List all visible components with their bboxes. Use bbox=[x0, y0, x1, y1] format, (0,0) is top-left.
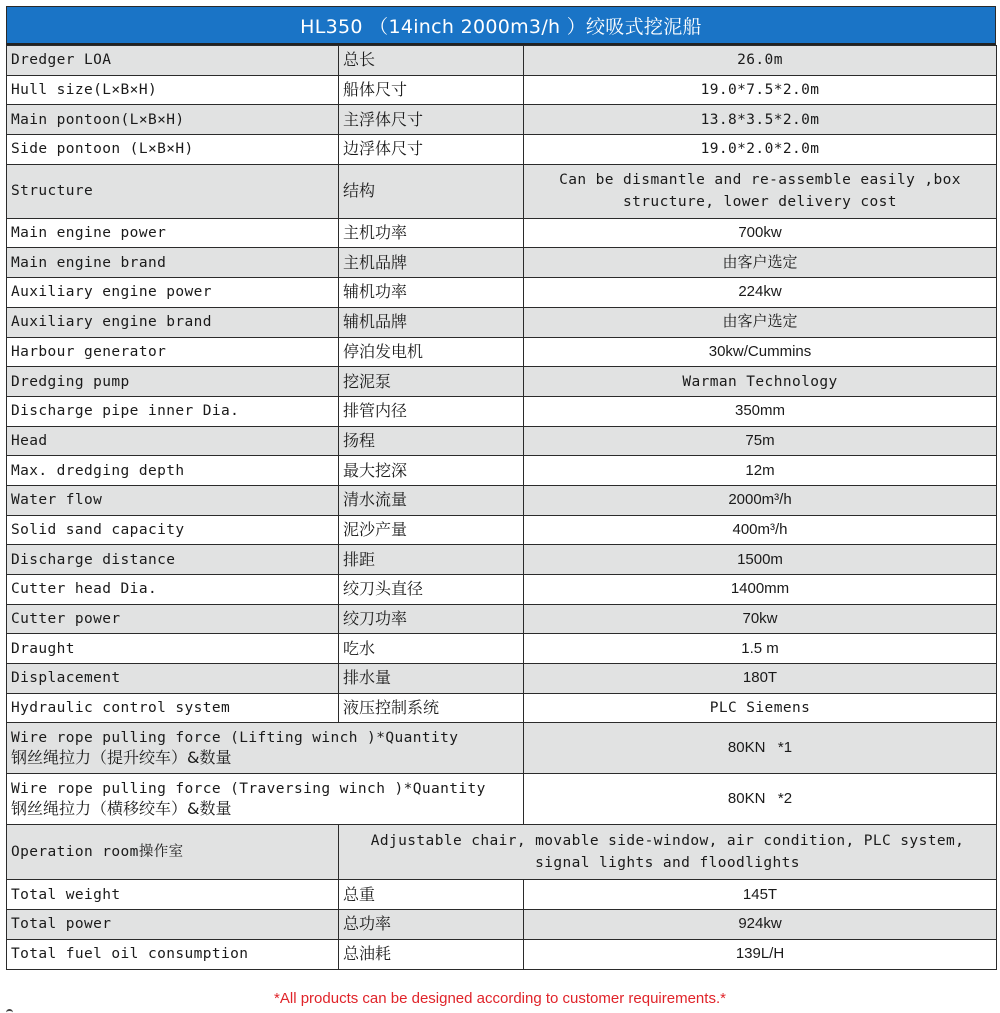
table-row: Main pontoon(L×B×H) 主浮体尺寸 13.8*3.5*2.0m bbox=[7, 105, 997, 135]
table-row: Wire rope pulling force (Lifting winch )… bbox=[7, 723, 997, 774]
table-row: Hull size(L×B×H) 船体尺寸 19.0*7.5*2.0m bbox=[7, 75, 997, 105]
spec-label-cn: 钢丝绳拉力（横移绞车）&数量 bbox=[11, 799, 519, 819]
spec-value: PLC Siemens bbox=[524, 693, 997, 723]
spec-label-cn: 钢丝绳拉力（提升绞车）&数量 bbox=[11, 748, 519, 768]
table-row: Harbour generator 停泊发电机 30kw/Cummins bbox=[7, 337, 997, 367]
table-row: Total weight 总重 145T bbox=[7, 880, 997, 910]
spec-label-cn: 排水量 bbox=[339, 664, 524, 694]
spec-value: 700kw bbox=[524, 218, 997, 248]
table-row: Water flow 清水流量 2000m³/h bbox=[7, 485, 997, 515]
table-row: Total fuel oil consumption 总油耗 139L/H bbox=[7, 939, 997, 969]
spec-label-en: Structure bbox=[7, 164, 339, 218]
spec-label-cn: 绞刀头直径 bbox=[339, 575, 524, 605]
table-row: Hydraulic control system 液压控制系统 PLC Siem… bbox=[7, 693, 997, 723]
spec-value: Warman Technology bbox=[524, 367, 997, 397]
table-row: Operation room操作室 Adjustable chair, mova… bbox=[7, 825, 997, 880]
table-row: Solid sand capacity 泥沙产量 400m³/h bbox=[7, 515, 997, 545]
spec-label-cn: 辅机品牌 bbox=[339, 307, 524, 337]
table-row: Structure 结构 Can be dismantle and re-ass… bbox=[7, 164, 997, 218]
spec-label-en: Displacement bbox=[7, 664, 339, 694]
decorative-mark bbox=[6, 1009, 13, 1013]
spec-value: 139L/H bbox=[524, 939, 997, 969]
spec-sheet: HL350 （14inch 2000m3/h ）绞吸式挖泥船 Dredger L… bbox=[6, 6, 996, 970]
spec-label-cn: 排管内径 bbox=[339, 396, 524, 426]
table-row: Auxiliary engine power 辅机功率 224kw bbox=[7, 278, 997, 308]
spec-label-en: Hull size(L×B×H) bbox=[7, 75, 339, 105]
spec-value: Can be dismantle and re-assemble easily … bbox=[524, 164, 997, 218]
spec-label-cn: 结构 bbox=[339, 164, 524, 218]
spec-label-cn: 总长 bbox=[339, 46, 524, 76]
spec-value: 13.8*3.5*2.0m bbox=[524, 105, 997, 135]
spec-label-en: Discharge distance bbox=[7, 545, 339, 575]
table-row: Total power 总功率 924kw bbox=[7, 910, 997, 940]
spec-label-en: Auxiliary engine power bbox=[7, 278, 339, 308]
spec-label-en: Max. dredging depth bbox=[7, 456, 339, 486]
spec-value: 75m bbox=[524, 426, 997, 456]
spec-label-en: Side pontoon (L×B×H) bbox=[7, 135, 339, 165]
spec-label-en: Auxiliary engine brand bbox=[7, 307, 339, 337]
spec-value: 145T bbox=[524, 880, 997, 910]
spec-value: 30kw/Cummins bbox=[524, 337, 997, 367]
spec-label-cn: 泥沙产量 bbox=[339, 515, 524, 545]
spec-label-en: Water flow bbox=[7, 485, 339, 515]
spec-value: 1400mm bbox=[524, 575, 997, 605]
spec-label-en: Main pontoon(L×B×H) bbox=[7, 105, 339, 135]
spec-label-en: Wire rope pulling force (Traversing winc… bbox=[11, 779, 519, 799]
spec-value: 26.0m bbox=[524, 46, 997, 76]
table-row: Dredger LOA 总长 26.0m bbox=[7, 46, 997, 76]
spec-value: 180T bbox=[524, 664, 997, 694]
spec-value: 350mm bbox=[524, 396, 997, 426]
table-title: HL350 （14inch 2000m3/h ）绞吸式挖泥船 bbox=[6, 6, 996, 45]
spec-value: 80KN *2 bbox=[524, 774, 997, 825]
spec-label-bilingual: Wire rope pulling force (Traversing winc… bbox=[7, 774, 524, 825]
spec-label-bilingual: Wire rope pulling force (Lifting winch )… bbox=[7, 723, 524, 774]
spec-label-en: Cutter head Dia. bbox=[7, 575, 339, 605]
spec-value: 1.5 m bbox=[524, 634, 997, 664]
spec-label-cn: 吃水 bbox=[339, 634, 524, 664]
spec-label-en: Draught bbox=[7, 634, 339, 664]
spec-value: 80KN *1 bbox=[524, 723, 997, 774]
spec-label-en: Cutter power bbox=[7, 604, 339, 634]
table-row: Main engine brand 主机品牌 由客户选定 bbox=[7, 248, 997, 278]
spec-label-en: Solid sand capacity bbox=[7, 515, 339, 545]
spec-label-cn: 总重 bbox=[339, 880, 524, 910]
spec-label-cn: 总油耗 bbox=[339, 939, 524, 969]
spec-label-en: Main engine brand bbox=[7, 248, 339, 278]
spec-label-en: Dredging pump bbox=[7, 367, 339, 397]
spec-value: 924kw bbox=[524, 910, 997, 940]
footnote: *All products can be designed according … bbox=[0, 990, 1000, 1007]
spec-label-cn: 主浮体尺寸 bbox=[339, 105, 524, 135]
spec-value: 224kw bbox=[524, 278, 997, 308]
spec-value: 19.0*2.0*2.0m bbox=[524, 135, 997, 165]
spec-label-en: Operation room操作室 bbox=[7, 825, 339, 880]
table-row: Main engine power 主机功率 700kw bbox=[7, 218, 997, 248]
spec-label-cn: 最大挖深 bbox=[339, 456, 524, 486]
table-row: Draught 吃水 1.5 m bbox=[7, 634, 997, 664]
spec-label-cn: 主机功率 bbox=[339, 218, 524, 248]
table-row: Max. dredging depth 最大挖深 12m bbox=[7, 456, 997, 486]
spec-label-en: Main engine power bbox=[7, 218, 339, 248]
table-row: Cutter power 绞刀功率 70kw bbox=[7, 604, 997, 634]
spec-label-en: Discharge pipe inner Dia. bbox=[7, 396, 339, 426]
table-row: Head 扬程 75m bbox=[7, 426, 997, 456]
table-row: Displacement 排水量 180T bbox=[7, 664, 997, 694]
spec-label-cn: 挖泥泵 bbox=[339, 367, 524, 397]
spec-value: 12m bbox=[524, 456, 997, 486]
table-row: Auxiliary engine brand 辅机品牌 由客户选定 bbox=[7, 307, 997, 337]
spec-value: 19.0*7.5*2.0m bbox=[524, 75, 997, 105]
spec-label-cn: 船体尺寸 bbox=[339, 75, 524, 105]
spec-label-en: Harbour generator bbox=[7, 337, 339, 367]
spec-label-cn: 边浮体尺寸 bbox=[339, 135, 524, 165]
table-row: Cutter head Dia. 绞刀头直径 1400mm bbox=[7, 575, 997, 605]
spec-label-cn: 辅机功率 bbox=[339, 278, 524, 308]
spec-value: 由客户选定 bbox=[524, 248, 997, 278]
spec-label-cn: 停泊发电机 bbox=[339, 337, 524, 367]
spec-value: 70kw bbox=[524, 604, 997, 634]
spec-value: 400m³/h bbox=[524, 515, 997, 545]
spec-label-en: Total fuel oil consumption bbox=[7, 939, 339, 969]
table-row: Dredging pump 挖泥泵 Warman Technology bbox=[7, 367, 997, 397]
spec-label-en: Dredger LOA bbox=[7, 46, 339, 76]
spec-label-en: Total weight bbox=[7, 880, 339, 910]
table-row: Discharge distance 排距 1500m bbox=[7, 545, 997, 575]
spec-label-cn: 总功率 bbox=[339, 910, 524, 940]
spec-label-cn: 主机品牌 bbox=[339, 248, 524, 278]
spec-value: 2000m³/h bbox=[524, 485, 997, 515]
spec-table: Dredger LOA 总长 26.0m Hull size(L×B×H) 船体… bbox=[6, 45, 997, 970]
spec-label-cn: 扬程 bbox=[339, 426, 524, 456]
spec-label-en: Hydraulic control system bbox=[7, 693, 339, 723]
spec-label-en: Wire rope pulling force (Lifting winch )… bbox=[11, 728, 519, 748]
spec-value: 由客户选定 bbox=[524, 307, 997, 337]
table-row: Wire rope pulling force (Traversing winc… bbox=[7, 774, 997, 825]
spec-label-cn: 液压控制系统 bbox=[339, 693, 524, 723]
table-row: Discharge pipe inner Dia. 排管内径 350mm bbox=[7, 396, 997, 426]
spec-label-cn: 清水流量 bbox=[339, 485, 524, 515]
table-row: Side pontoon (L×B×H) 边浮体尺寸 19.0*2.0*2.0m bbox=[7, 135, 997, 165]
spec-label-cn: 排距 bbox=[339, 545, 524, 575]
spec-label-en: Head bbox=[7, 426, 339, 456]
spec-label-en: Total power bbox=[7, 910, 339, 940]
spec-value: Adjustable chair, movable side-window, a… bbox=[339, 825, 997, 880]
spec-value: 1500m bbox=[524, 545, 997, 575]
spec-label-cn: 绞刀功率 bbox=[339, 604, 524, 634]
